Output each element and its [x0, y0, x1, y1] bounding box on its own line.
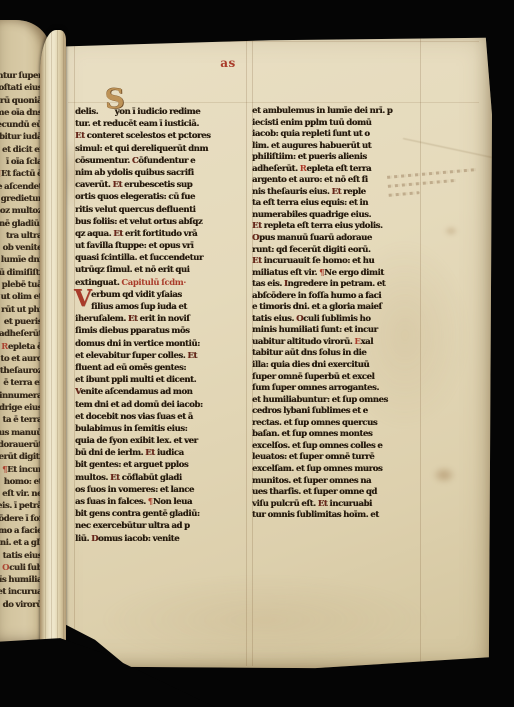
- text-line: bit gentes: et arguet pplos: [75, 459, 249, 471]
- text-line: os ſuos in vomeres: et lance: [75, 484, 249, 496]
- text-line: gredietur: [0, 193, 42, 205]
- text-line: to et auro: [0, 353, 42, 365]
- chapter-initial: V: [74, 286, 92, 312]
- text-line: ut olim et: [0, 291, 42, 303]
- text-line: theſauroz: [0, 365, 42, 377]
- text-line: iecisti enim pplm tuū domū: [252, 118, 424, 130]
- text-line: ues tharſis. et ſuper omne qd: [252, 487, 424, 499]
- text-line: delis. yon ī iudicio redime: [75, 106, 249, 118]
- text-line: viſu pulcrū eſt. Et incuruabi: [252, 499, 424, 511]
- running-title: as: [204, 56, 252, 70]
- photo-backdrop: ntur ſuperoſtati eiusrū quoniāme oīa dns…: [0, 0, 514, 707]
- text-line: ē terra ei: [0, 377, 42, 389]
- text-line: iheruſalem. Et erit in noviſ: [75, 313, 249, 325]
- text-line: adorauerūt: [0, 439, 42, 451]
- text-line: rūt ut phi: [0, 304, 42, 316]
- text-line: us manuū: [0, 427, 42, 439]
- text-line: qz aqua. Et erit fortitudo vrā: [75, 228, 249, 240]
- text-line: rectas. et ſup omnes quercus: [252, 418, 424, 430]
- text-line: bus foliis: et velut ortus abſqz: [75, 216, 249, 228]
- text-line: e timoris dni. et a gloria maieſ: [252, 302, 424, 314]
- text-line: ploz multoz: [0, 205, 42, 217]
- text-line: tur omnis ſublimitas hoīm. et: [252, 510, 424, 522]
- text-line: Venite aſcendamus ad mon: [75, 386, 249, 398]
- text-line: eſt vir. ne: [0, 488, 42, 500]
- text-line: nim ab ydolis quibus sacrifi: [75, 167, 249, 179]
- text-line: uabitur altitudo virorū. Exal: [252, 337, 424, 349]
- text-line: Et incuruauit ſe homo: et hu: [252, 256, 424, 268]
- text-line: ſimis diebus pparatus mōs: [75, 325, 249, 337]
- annotation-stroke: [387, 191, 420, 197]
- text-line: tra ultra: [0, 230, 42, 242]
- text-line: munitos. et ſuper omnes na: [252, 476, 424, 488]
- text-line: Repleta ē: [0, 341, 42, 353]
- text-line: ī oīa ſcla: [0, 156, 42, 168]
- text-line: lumīe dni: [0, 254, 42, 266]
- text-line: excelſam. et ſup omnes muros: [252, 464, 424, 476]
- text-line: nec exercebūtur ultra ad p: [75, 520, 249, 532]
- text-line: homo: et: [0, 476, 42, 488]
- text-line: numerabiles quadrige eius.: [252, 210, 424, 222]
- text-line: philiſtiim: et pueris alienis: [252, 152, 424, 164]
- text-line: baſan. et ſup omnes montes: [252, 429, 424, 441]
- text-line: ¶Et factū ē: [0, 168, 42, 180]
- text-column-left: delis. yon ī iudicio redimetur. et reduc…: [75, 106, 249, 545]
- text-line: bit gens contra gentē gladiū:: [75, 508, 249, 520]
- text-line: tem dni et ad domū dei iacob:: [75, 399, 249, 411]
- text-line: cōsumentur. Cōfundentur e: [75, 155, 249, 167]
- text-line: minis humiliati ſunt: et incur: [252, 325, 424, 337]
- text-line: innumera: [0, 390, 42, 402]
- text-line: erbum qd vidit yſaias: [75, 289, 249, 301]
- text-line: extinguat. Capitulū ſcdm·: [75, 277, 249, 289]
- text-line: utrūqz ſimul. et nō erit qui: [75, 264, 249, 276]
- text-line: multos. Et cōflabūt gladi: [75, 472, 249, 484]
- text-line: illa: quia dies dni exercituū: [252, 360, 424, 372]
- text-line: Et repleta eſt terra eius ydolis.: [252, 221, 424, 233]
- text-line: tatis eius: [0, 550, 42, 562]
- text-line: et docebit nos vias ſuas et ā: [75, 411, 249, 423]
- text-line: quasi ſcintilla. et ſuccendetur: [75, 252, 249, 264]
- text-line: tabitur aūt dns ſolus in die: [252, 348, 424, 360]
- text-line: īs humilia: [0, 574, 42, 586]
- text-line: abſcōdere in foſſa humo a faci: [252, 291, 424, 303]
- text-column-right: et ambulemus in lumīe dei nrī. piecisti …: [252, 106, 424, 522]
- text-line: et incurua: [0, 586, 42, 598]
- text-line: iacob: quia repleti ſunt ut o: [252, 129, 424, 141]
- text-line: et pueris: [0, 316, 42, 328]
- text-line: quia de ſyon exibit lex. et ver: [75, 435, 249, 447]
- text-line: ōdere ī foſ: [0, 513, 42, 525]
- text-line: filius amos ſup iuda et: [75, 301, 249, 313]
- text-line: mo a facie: [0, 525, 42, 537]
- text-line: dni. et a glī: [0, 537, 42, 549]
- text-line: et dicit ei: [0, 144, 42, 156]
- text-line: oſtati eius: [0, 82, 42, 94]
- text-line: ſum ſuper omnes arrogantes.: [252, 383, 424, 395]
- text-line: et elevabitur ſuper colles. Et: [75, 350, 249, 362]
- text-line: ortis quos elegeratis: cū fue: [75, 191, 249, 203]
- text-line: lim. et augures habuerūt ut: [252, 141, 424, 153]
- text-line: ob venite: [0, 242, 42, 254]
- text-line: nē gladiū:: [0, 218, 42, 230]
- text-line: drige eius: [0, 402, 42, 414]
- text-line: erūt digiti: [0, 451, 42, 463]
- ruling-line: [68, 41, 479, 42]
- text-line: runt: qd fecerūt digiti eorū.: [252, 245, 424, 257]
- text-line: do virorū: [0, 599, 42, 611]
- text-line: excelſos. et ſup omnes colles e: [252, 441, 424, 453]
- text-line: tas eis. Ingredere in petram. et: [252, 279, 424, 291]
- manuscript-page: as delis. yon ī iudicio redimetur. et re…: [50, 30, 492, 672]
- text-line: Oculi ſub: [0, 562, 42, 574]
- text-line: Opus manuū ſuarū adoraue: [252, 233, 424, 245]
- text-line: cedros lybani ſublimes et e: [252, 406, 424, 418]
- text-line: ſuper omnē ſuperbū et excel: [252, 372, 424, 384]
- parchment-stain: [100, 575, 430, 665]
- text-line: liū. Domus iacob: venite: [75, 533, 249, 545]
- text-line: tur. et reducēt eam ī iusticiā.: [75, 118, 249, 130]
- text-line: eis. ī petrā: [0, 500, 42, 512]
- text-line: et ibunt ppli multi et dicent.: [75, 374, 249, 386]
- text-line: domus dni in vertice montiū:: [75, 338, 249, 350]
- text-line: adheſerūt. Repleta eſt terra: [252, 164, 424, 176]
- parchment-stain: [432, 466, 456, 484]
- text-line: fluent ad eū omēs gentes:: [75, 362, 249, 374]
- text-line: et humiliabuntur: et ſup omnes: [252, 395, 424, 407]
- text-line: ut favilla ſtuppe: et opus vrī: [75, 240, 249, 252]
- text-line: ntur ſuper: [0, 70, 42, 82]
- text-line: as ſuas in falces. ¶Non leua: [75, 496, 249, 508]
- text-line: bulabimus in ſemitis eius:: [75, 423, 249, 435]
- text-line: ¶Et incur: [0, 464, 42, 476]
- text-line: tatis eius. Oculi ſublimis ho: [252, 314, 424, 326]
- text-line: me oīa dns: [0, 107, 42, 119]
- text-line: Et conteret scelestos et pctores: [75, 130, 249, 142]
- text-line: plebē tuā: [0, 279, 42, 291]
- text-line: ſecundū eū: [0, 119, 42, 131]
- text-line: rū quoniā: [0, 95, 42, 107]
- text-line: miliatus eſt vir. ¶Ne ergo dimit: [252, 268, 424, 280]
- annotation-stroke: [386, 179, 458, 188]
- text-line: caverūt. Et erubescetis sup: [75, 179, 249, 191]
- text-line: ū dimiſiſti: [0, 267, 42, 279]
- page-gutter-stack: [40, 30, 66, 664]
- parchment-stain: [444, 226, 458, 236]
- text-line: bū dni de ierlm. Et iudica: [75, 447, 249, 459]
- text-line: ta ē terra: [0, 414, 42, 426]
- text-line: adheſerūt: [0, 328, 42, 340]
- text-line: leuatos: et ſuper omnē turrē: [252, 452, 424, 464]
- text-line: bitur iudā: [0, 131, 42, 143]
- opening-initial: S: [104, 85, 125, 116]
- text-line: ce aſcendet: [0, 181, 42, 193]
- text-line: et ambulemus in lumīe dei nrī. p: [252, 106, 424, 118]
- text-line: simul: et qui dereliquerūt dnm: [75, 143, 249, 155]
- ruling-line: [68, 102, 479, 103]
- text-line: ritis velut quercus defluenti: [75, 204, 249, 216]
